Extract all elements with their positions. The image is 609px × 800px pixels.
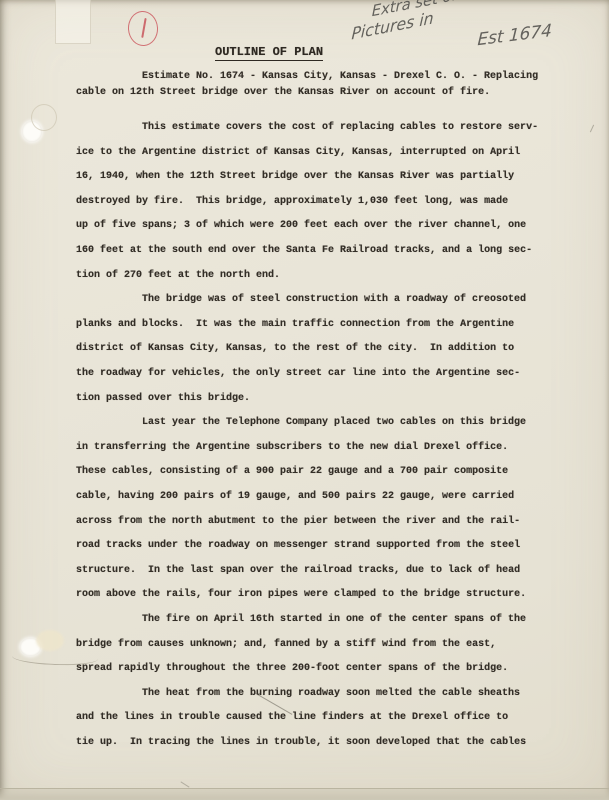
typed-line: cable on 12th Street bridge over the Kan… bbox=[76, 87, 490, 98]
typed-line: Last year the Telephone Company placed t… bbox=[142, 417, 526, 428]
typed-line: spread rapidly throughout the three 200-… bbox=[76, 663, 508, 674]
typed-line: 16, 1940, when the 12th Street bridge ov… bbox=[76, 171, 514, 182]
typed-line: tie up. In tracing the lines in trouble,… bbox=[76, 737, 526, 748]
typed-line: the roadway for vehicles, the only stree… bbox=[76, 368, 520, 379]
tape-residue-mark bbox=[55, 0, 91, 44]
page-number-one-stroke bbox=[141, 18, 146, 38]
pencil-tick-right bbox=[590, 125, 594, 133]
typed-line: across from the north abutment to the pi… bbox=[76, 516, 520, 527]
typed-line: tion passed over this bridge. bbox=[76, 393, 250, 404]
typed-line: These cables, consisting of a 900 pair 2… bbox=[76, 466, 508, 477]
typed-line: planks and blocks. It was the main traff… bbox=[76, 319, 514, 330]
scanned-document-page: Extra set of Pictures in Est 1674 OUTLIN… bbox=[0, 0, 609, 800]
typed-line: cable, having 200 pairs of 19 gauge, and… bbox=[76, 491, 514, 502]
typed-line: Estimate No. 1674 - Kansas City, Kansas … bbox=[142, 71, 538, 82]
typed-line: tion of 270 feet at the north end. bbox=[76, 270, 280, 281]
typed-line: road tracks under the roadway on messeng… bbox=[76, 540, 520, 551]
typed-line: The fire on April 16th started in one of… bbox=[142, 614, 526, 625]
typed-line: in transferring the Argentine subscriber… bbox=[76, 442, 508, 453]
typed-line: destroyed by fire. This bridge, approxim… bbox=[76, 196, 508, 207]
typed-line: The heat from the burning roadway soon m… bbox=[142, 688, 520, 699]
typed-line: district of Kansas City, Kansas, to the … bbox=[76, 343, 514, 354]
typed-line: ice to the Argentine district of Kansas … bbox=[76, 147, 520, 158]
typed-line: This estimate covers the cost of replaci… bbox=[142, 122, 538, 133]
typed-line: bridge from causes unknown; and, fanned … bbox=[76, 639, 496, 650]
pencil-note-line3: Est 1674 bbox=[477, 21, 552, 50]
typed-line: 160 feet at the south end over the Santa… bbox=[76, 245, 532, 256]
punch-hole-ring bbox=[31, 104, 57, 131]
scan-bottom-edge bbox=[0, 788, 609, 800]
typed-line: room above the rails, four iron pipes we… bbox=[76, 589, 526, 600]
document-title: OUTLINE OF PLAN bbox=[215, 45, 323, 61]
typed-line: up of five spans; 3 of which were 200 fe… bbox=[76, 220, 526, 231]
pencil-arc-mark bbox=[12, 649, 98, 667]
circled-page-number bbox=[127, 10, 159, 47]
paper-smudge bbox=[36, 630, 64, 651]
typed-line: structure. In the last span over the rai… bbox=[76, 565, 520, 576]
typed-line: The bridge was of steel construction wit… bbox=[142, 294, 526, 305]
pencil-tick-bottom bbox=[180, 781, 189, 787]
